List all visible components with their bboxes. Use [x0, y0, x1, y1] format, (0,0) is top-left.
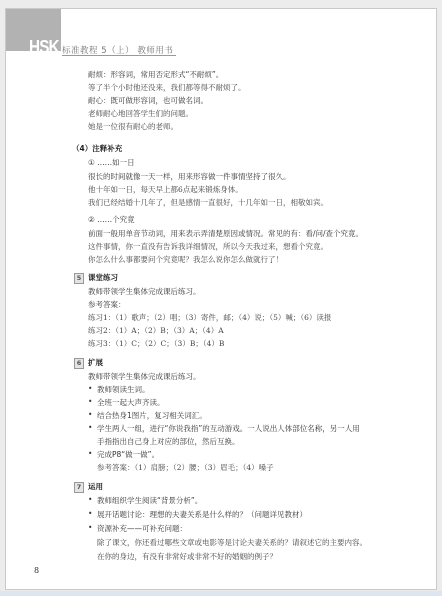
viewer-bottom-band	[0, 591, 442, 596]
section-number-box: 7	[74, 482, 84, 493]
answer-line: 练习3：（1）C；（2）C；（3）B；（4）B	[88, 338, 224, 349]
example-line: 我们已经结婚十几年了，但是感情一直很好，十几年如一日，相敬如宾。	[88, 197, 328, 208]
example-line: 这件事情，你一直没有告诉我详细情况，所以今天我过来，想看个究竟。	[88, 241, 328, 252]
header-logo-block: HSK	[6, 9, 61, 51]
bullet-item: 资源补充——可补充问题：	[97, 523, 187, 534]
note-1-head: ① ……如一日	[88, 157, 135, 168]
bullet-item: 教师组织学生阅读“背景分析”。	[97, 495, 202, 506]
bullet-item: 完成P8“做一做”。	[97, 449, 159, 460]
answer-line: 参考答案：（1）肩膀；（2）腰；（3）眉毛；（4）嗓子	[97, 462, 274, 473]
bullet-item: 教师领读生词。	[97, 384, 150, 395]
text-line: 耐心：既可做形容词，也可做名词。	[88, 95, 208, 106]
notes-title: （4）注释补充	[72, 143, 122, 154]
text-line: 很长的时间就像一天一样，用来形容做一件事情坚持了很久。	[88, 171, 291, 182]
example-line: 等了半个小时他还没来，我们都等得不耐烦了。	[88, 82, 246, 93]
answer-line: 练习1：（1）歌声；（2）唱；（3）寄件，邮；（4）说；（5）喊；（6）读报	[88, 312, 331, 323]
section-7-heading: 7运用	[74, 481, 103, 493]
section-number-box: 6	[74, 358, 84, 369]
question-line: 除了课文，你还看过哪些文章或电影等是讨论夫妻关系的？请叙述它的主要内容。	[97, 537, 367, 548]
header-underline	[62, 55, 176, 56]
page-number: 8	[34, 566, 39, 575]
text-line: 教师带领学生集体完成课后练习。	[88, 286, 201, 297]
example-line: 你怎么什么事都要问个究竟呢？我怎么说你怎么做就行了！	[88, 254, 283, 265]
book-page: HSK 标准教程 5（上） 教师用书 耐烦：形容词，常用否定形式“不耐烦”。 等…	[5, 8, 437, 590]
bullet-item: 全班一起大声齐读。	[97, 397, 165, 408]
text-line: 参考答案：	[88, 299, 126, 310]
section-number-box: 5	[74, 273, 84, 284]
text-line: 前面一般用单音节动词，用来表示弄清楚原因或情况。常见的有：看/问/查个究竟。	[88, 228, 363, 239]
bullet-item: 展开话题讨论：理想的夫妻关系是什么样的？（问题详见教材）	[97, 509, 307, 520]
text-line: 教师带领学生集体完成课后练习。	[88, 371, 201, 382]
example-line: 她是一位很有耐心的老师。	[88, 121, 178, 132]
section-5-heading: 5课堂练习	[74, 272, 118, 284]
section-title: 扩展	[88, 358, 103, 367]
answer-line: 练习2：（1）A；（2）B；（3）A；（4）A	[88, 325, 224, 336]
example-line: 他十年如一日，每天早上都6点起来锻炼身体。	[88, 184, 243, 195]
note-2-head: ② ……个究竟	[88, 214, 135, 225]
example-line: 老师耐心地回答学生们的问题。	[88, 108, 193, 119]
bullet-item: 学生两人一组，进行“你说我指”的互动游戏。一人说出人体部位名称，另一人用	[97, 423, 360, 434]
section-title: 运用	[88, 482, 103, 491]
bullet-continuation: 手指指出自己身上对应的部位，然后互换。	[97, 436, 240, 447]
hsk-logo: HSK	[29, 37, 59, 58]
section-6-heading: 6扩展	[74, 357, 103, 369]
bullet-item: 结合热身1图片，复习相关词汇。	[97, 410, 207, 421]
question-line: 在你的身边，有没有非常好或非常不好的婚姻的例子？	[97, 551, 277, 562]
section-title: 课堂练习	[88, 273, 118, 282]
text-line: 耐烦：形容词，常用否定形式“不耐烦”。	[88, 69, 223, 80]
